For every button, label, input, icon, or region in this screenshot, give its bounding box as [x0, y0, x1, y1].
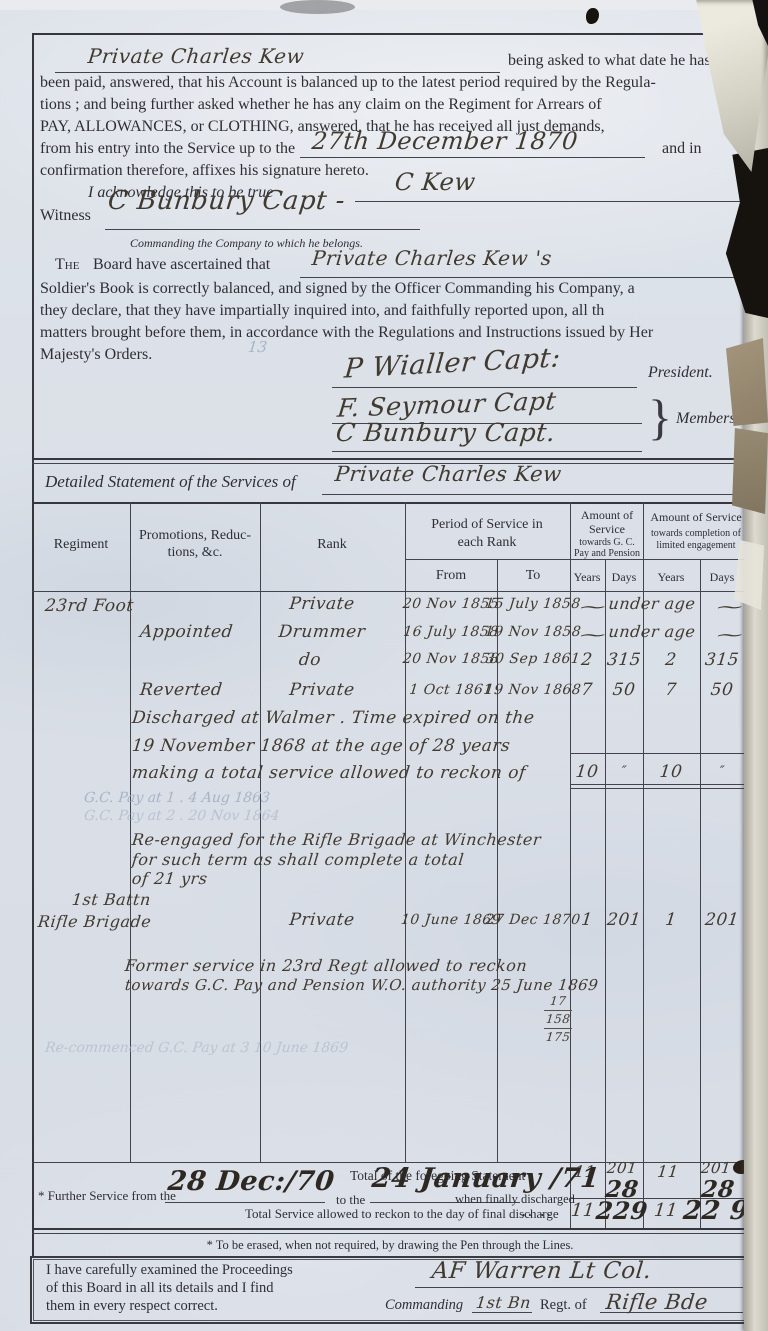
further-service-prefix: * Further Service from the	[38, 1188, 176, 1204]
row3-to: 19 Nov 1868	[484, 682, 582, 698]
statement-line5-prefix: from his entry into the Service up to th…	[40, 140, 295, 158]
summary-bottom-line-1	[32, 1228, 747, 1230]
faint-note-gc-pay-1: G.C. Pay at 1 . 4 Aug 1863	[83, 790, 271, 806]
table-subheader-line	[405, 559, 747, 560]
unit-underline	[472, 1312, 532, 1313]
row2-gc-days: 315	[606, 650, 642, 670]
calc-line-2	[544, 1028, 572, 1029]
row0-to: 15 July 1858	[484, 596, 581, 612]
former-line2: towards G.C. Pay and Pension W.O. author…	[124, 976, 599, 994]
witness-signature: C Bunbury Capt -	[106, 186, 346, 216]
certify-line1: I have carefully examined the Proceeding…	[46, 1262, 293, 1279]
page-top-edge	[0, 0, 768, 10]
row2-lim-years: 2	[664, 650, 677, 670]
totals-box-top	[570, 753, 747, 754]
former-calc-mid: 158	[545, 1012, 571, 1026]
detailed-statement-label: Detailed Statement of the Services of	[45, 472, 296, 492]
reengage-line3: of 21 yrs	[131, 869, 208, 888]
totals-box-bottom-1	[570, 784, 747, 785]
header-gc-years: Years	[574, 570, 601, 585]
further-from-underline	[165, 1202, 325, 1203]
witness-label: Witness	[40, 207, 91, 225]
certify-signature: AF Warren Lt Col.	[431, 1258, 653, 1284]
detailed-statement-name: Private Charles Kew	[334, 462, 563, 486]
table-top-border	[32, 502, 747, 504]
row0-under-age: under age	[608, 594, 697, 613]
row3-gc-years: 7	[580, 680, 593, 700]
faint-note-gc-pay-2: G.C. Pay at 2 . 20 Nov 1864	[83, 808, 280, 824]
row3-gc-days: 50	[612, 680, 637, 700]
further-to-date: 24 January /71	[370, 1163, 601, 1194]
discharge-lim-years: 10	[659, 762, 684, 782]
top-smudge	[280, 0, 355, 14]
row2-lim-days: 315	[704, 650, 740, 670]
header-promotions-1: Promotions, Reduc-	[139, 528, 251, 544]
row1-to: 19 Nov 1858	[484, 624, 582, 640]
row1-under-age: under age	[608, 622, 697, 641]
row2-gc-years: 2	[580, 650, 593, 670]
header-from: From	[436, 568, 466, 584]
certify-line3: them in every respect correct.	[46, 1298, 218, 1315]
col-line-lim-split	[700, 559, 701, 1229]
row3-from: 1 Oct 1861	[408, 682, 493, 698]
board-line5: Majesty's Orders.	[40, 346, 152, 364]
board-soldier-name: Private Charles Kew 's	[311, 246, 553, 270]
header-gc-sub-2: Pay and Pension	[574, 548, 640, 559]
summary-row3-gc-years: 11	[570, 1200, 596, 1221]
former-calc-top: 17	[549, 994, 567, 1008]
second-row-lim-years: 1	[664, 910, 677, 930]
reengage-line2: for such term as shall complete a total	[131, 850, 465, 869]
summary-row1-lim-years: 11	[656, 1162, 679, 1181]
final-total-dots: .. ..	[522, 1204, 553, 1220]
ink-dot-top	[586, 8, 599, 24]
header-gc-title-1: Amount of	[581, 508, 633, 523]
tape-patch-lower	[732, 428, 768, 514]
second-row-rank: Private	[288, 910, 355, 930]
discharge-line2: 19 November 1868 at the age of 28 years	[131, 736, 511, 756]
president-signature: P Wialler Capt:	[343, 342, 562, 384]
statement-line6: confirmation therefore, affixes his sign…	[40, 162, 369, 180]
president-label: President.	[648, 364, 713, 382]
detailed-name-underline	[322, 494, 747, 495]
member2-underline	[332, 451, 642, 452]
header-period-2: each Rank	[458, 535, 517, 551]
col-line-gc-split	[605, 559, 606, 1229]
final-total-label: Total Service allowed to reckon to the d…	[245, 1206, 559, 1222]
second-row-gc-days: 201	[606, 910, 642, 930]
header-promotions-2: tions, &c.	[168, 545, 223, 561]
row1-promotion: Appointed	[139, 622, 234, 642]
header-gc-sub-1: towards G. C.	[579, 537, 635, 548]
row1-rank: Drummer	[278, 622, 367, 642]
row3-lim-years: 7	[664, 680, 677, 700]
commanding-regiment: Rifle Bde	[605, 1290, 709, 1314]
board-line3: they declare, that they have impartially…	[40, 302, 604, 320]
discharge-gc-years: 10	[575, 762, 600, 782]
row3-rank: Private	[288, 680, 355, 700]
board-intro-rest: Board have ascertained that	[93, 256, 270, 274]
summary-row1-gc-days: 201	[606, 1159, 638, 1177]
table-header-bottom	[32, 591, 747, 592]
second-row-gc-years: 1	[580, 910, 593, 930]
statement-line5-suffix: and in	[662, 140, 702, 158]
statement-line2: been paid, answered, that his Account is…	[40, 74, 656, 92]
row0-regiment: 23rd Foot	[44, 596, 135, 616]
header-lim-sub-2: limited engagement	[656, 540, 735, 551]
discharge-lim-days: ″	[719, 764, 726, 779]
signature-underline	[355, 201, 745, 202]
board-line4: matters brought before them, in accordan…	[40, 324, 653, 342]
header-gc-title-2: Service	[589, 522, 625, 537]
further-from-date: 28 Dec:/70	[166, 1166, 336, 1197]
statement-line3: tions ; and being further asked whether …	[40, 96, 602, 114]
further-service-suffix: when finally discharged	[455, 1192, 575, 1207]
header-gc-days: Days	[612, 570, 637, 585]
name-underline	[55, 72, 500, 73]
summary-bottom-line-2	[32, 1233, 747, 1234]
faint-note-recommenced: Re-commenced G.C. Pay at 3 10 June 1869	[44, 1040, 349, 1056]
former-calc-bottom: 175	[545, 1030, 571, 1044]
witness-underline	[105, 229, 420, 230]
header-lim-sub-1: towards completion of	[651, 528, 741, 539]
statement-line1: being asked to what date he has	[508, 52, 711, 70]
regt-of-label: Regt. of	[540, 1297, 587, 1314]
second-row-to: 27 Dec 1870	[485, 912, 582, 928]
torn-edge-black-gap	[714, 148, 768, 318]
summary-row3-gc-days: 229	[595, 1196, 650, 1225]
calc-line-1	[544, 1010, 572, 1011]
row3-lim-days: 50	[710, 680, 735, 700]
header-lim-years: Years	[658, 570, 685, 585]
frame-top-border	[32, 33, 747, 35]
erase-note: * To be erased, when not required, by dr…	[207, 1238, 574, 1253]
totals-box-bottom-2	[570, 788, 747, 789]
members-label: Members.	[676, 410, 740, 428]
header-regiment: Regiment	[54, 537, 108, 553]
header-lim-title: Amount of Service	[650, 510, 741, 525]
summary-row1-lim-days: 201	[700, 1159, 732, 1177]
summary-row3-lim-years: 11	[653, 1200, 679, 1221]
soldier-name-handwritten: Private Charles Kew	[87, 44, 306, 68]
members-brace: }	[648, 388, 672, 446]
second-row-lim-days: 201	[704, 910, 740, 930]
summary-row3-lim-days: 22 9	[682, 1196, 750, 1226]
section-divider-1	[32, 458, 747, 460]
row2-to: 30 Sep 1861	[485, 651, 581, 667]
paper-fold-mid	[734, 540, 764, 610]
pencil-mark: 13	[247, 338, 268, 356]
board-intro-the: The	[55, 256, 79, 274]
certify-signature-underline	[415, 1287, 743, 1288]
certify-line2: of this Board in all its details and I f…	[46, 1280, 274, 1297]
header-to: To	[526, 568, 541, 584]
second-regiment-line1: 1st Battn	[71, 890, 152, 909]
date-underline	[300, 157, 645, 158]
commanding-unit: 1st Bn	[475, 1293, 532, 1312]
paid-to-date-handwritten: 27th December 1870	[311, 127, 580, 155]
discharge-gc-days: ″	[621, 764, 628, 779]
col-line-from-to	[497, 559, 498, 1162]
tape-patch-upper	[726, 338, 768, 426]
frame-left-border	[32, 33, 34, 1322]
board-name-underline	[300, 277, 747, 278]
discharge-line1: Discharged at Walmer . Time expired on t…	[131, 708, 536, 728]
discharge-line3: making a total service allowed to reckon…	[131, 763, 527, 783]
row0-rank: Private	[288, 594, 355, 614]
former-line1: Former service in 23rd Regt allowed to r…	[124, 956, 528, 975]
header-rank: Rank	[317, 537, 347, 553]
member2-signature: C Bunbury Capt.	[334, 418, 556, 447]
header-lim-days: Days	[710, 570, 735, 585]
board-line2: Soldier's Book is correctly balanced, an…	[40, 280, 635, 298]
row2-rank: do	[298, 650, 322, 670]
discharge-document-page: Private Charles Kew being asked to what …	[0, 0, 768, 1331]
row3-promotion: Reverted	[139, 680, 224, 700]
commanding-label: Commanding	[385, 1297, 463, 1314]
header-period-1: Period of Service in	[431, 517, 543, 533]
second-regiment-line2: Rifle Brigade	[37, 912, 152, 931]
soldier-signature: C Kew	[394, 168, 477, 196]
reengage-line1: Re-engaged for the Rifle Brigade at Winc…	[131, 830, 542, 849]
